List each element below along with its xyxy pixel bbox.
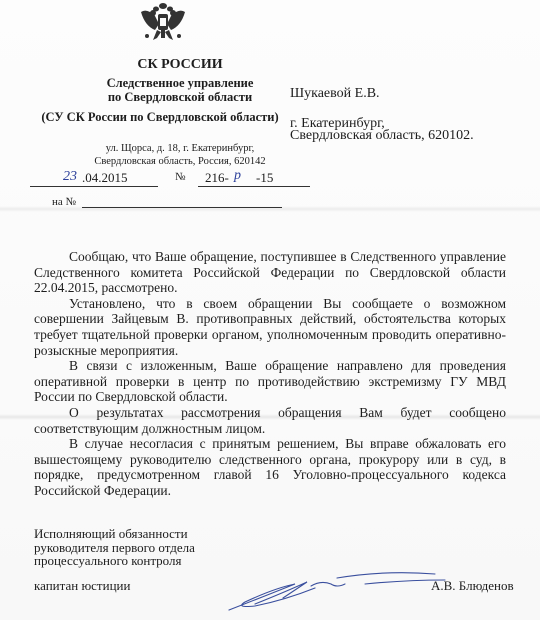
organization-short-name: (СУ СК России по Свердловской области) [30, 110, 290, 125]
organization-department: Следственное управление по Свердловской … [60, 76, 300, 104]
address-line2: Свердловская область, Россия, 620142 [60, 155, 300, 168]
reply-to-label: на № [52, 196, 76, 208]
number-sign: № [175, 171, 186, 183]
organization-department-line1: Следственное управление [60, 76, 300, 90]
reply-to-line: на № [52, 196, 284, 208]
body-paragraph: В связи с изложенным, Ваше обращение нап… [34, 358, 506, 405]
letter-page: СК РОССИИ Следственное управление по Све… [0, 0, 540, 620]
registration-line: 23 .04.2015 № 216- р -15 [30, 170, 284, 186]
handwritten-number: р [234, 168, 241, 184]
signer-rank: капитан юстиции [34, 578, 130, 594]
organization-department-line2: по Свердловской области [60, 90, 300, 104]
registration-date: .04.2015 [82, 170, 128, 186]
body-paragraph: Сообщаю, что Ваше обращение, поступившее… [34, 249, 506, 296]
registration-number-suffix: -15 [256, 170, 273, 186]
body-paragraph: Установлено, что в своем обращении Вы со… [34, 296, 506, 358]
organization-name: СК РОССИИ [60, 57, 300, 73]
signer-name: А.В. Блюденов [431, 578, 514, 594]
signer-position: Исполняющий обязанности руководителя пер… [34, 527, 195, 568]
letter-body: Сообщаю, что Ваше обращение, поступившее… [34, 249, 506, 499]
body-paragraph: О результатах рассмотрения обращения Вам… [34, 405, 506, 436]
position-line2: руководителя первого отдела [34, 541, 195, 555]
recipient-region: Свердловская область, 620102. [290, 129, 474, 143]
address-line1: ул. Щорса, д. 18, г. Екатеринбург, [60, 142, 300, 155]
reply-to-underline [82, 207, 282, 208]
handwritten-day: 23 [63, 169, 77, 185]
organization-address: ул. Щорса, д. 18, г. Екатеринбург, Сверд… [60, 142, 300, 168]
date-underline [30, 186, 158, 187]
number-underline [198, 186, 310, 187]
body-paragraph: В случае несогласия с принятым решением,… [34, 436, 506, 498]
position-line1: Исполняющий обязанности [34, 527, 195, 541]
position-line3: процессуального контроля [34, 554, 195, 568]
registration-number-prefix: 216- [205, 170, 229, 186]
russian-coat-of-arms-icon [135, 2, 191, 44]
recipient-name: Шукаевой Е.В. [290, 87, 380, 101]
